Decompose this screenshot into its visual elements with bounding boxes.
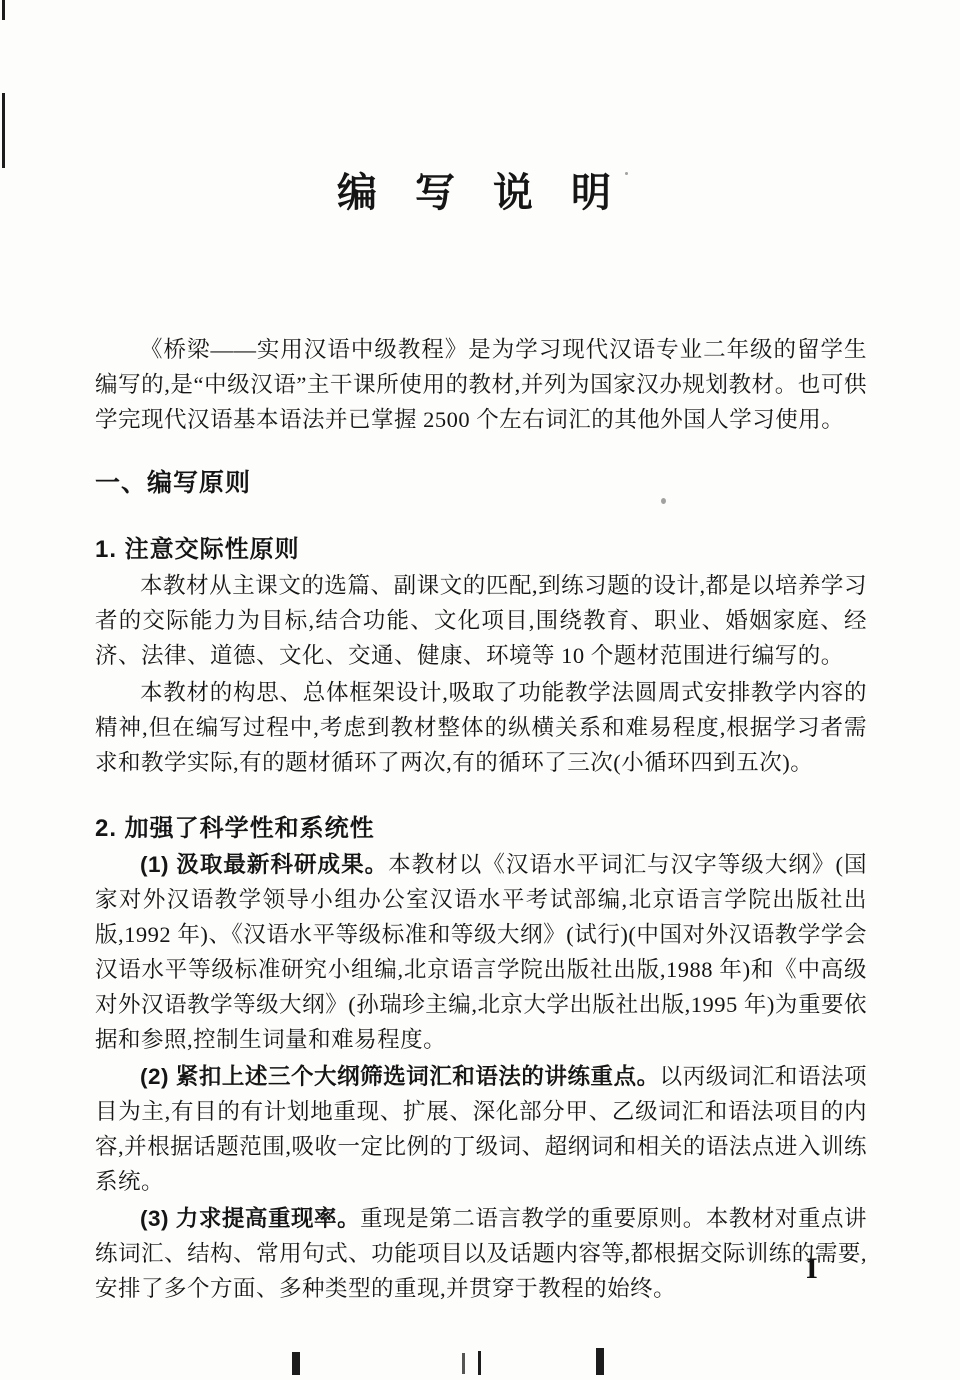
scan-binding-mark bbox=[462, 1353, 465, 1374]
numbered-item-3: (3) 力求提高重现率。重现是第二语言教学的重要原则。本教材对重点讲练词汇、结构… bbox=[95, 1201, 867, 1306]
numbered-item-1: (1) 汲取最新科研成果。本教材以《汉语水平词汇与汉字等级大纲》(国家对外汉语教… bbox=[95, 847, 867, 1057]
subsection-heading-1: 1. 注意交际性原则 bbox=[95, 529, 867, 564]
item-lead: (3) 力求提高重现率。 bbox=[140, 1206, 360, 1231]
document-title: 编 写 说 明 bbox=[95, 0, 867, 218]
subsection-heading-2: 2. 加强了科学性和系统性 bbox=[95, 808, 867, 843]
item-lead: (2) 紧扣上述三个大纲筛选词汇和语法的讲练重点。 bbox=[140, 1064, 660, 1089]
section-heading-1: 一、编写原则 bbox=[95, 463, 867, 499]
scanned-document-page: 编 写 说 明 《桥梁——实用汉语中级教程》是为学习现代汉语专业二年级的留学生编… bbox=[0, 0, 960, 1380]
numbered-item-2: (2) 紧扣上述三个大纲筛选词汇和语法的讲练重点。以丙级词汇和语法项目为主,有目… bbox=[95, 1059, 867, 1199]
scan-binding-mark bbox=[596, 1348, 604, 1375]
scan-binding-mark bbox=[478, 1351, 481, 1375]
scan-binding-mark bbox=[292, 1352, 300, 1375]
document-content: 编 写 说 明 《桥梁——实用汉语中级教程》是为学习现代汉语专业二年级的留学生编… bbox=[95, 0, 867, 1306]
intro-paragraph: 《桥梁——实用汉语中级教程》是为学习现代汉语专业二年级的留学生编写的,是“中级汉… bbox=[95, 332, 867, 437]
item-text: 本教材以《汉语水平词汇与汉字等级大纲》(国家对外汉语教学领导小组办公室汉语水平考… bbox=[95, 852, 867, 1052]
item-lead: (1) 汲取最新科研成果。 bbox=[140, 852, 388, 877]
scan-edge-mark bbox=[2, 0, 5, 20]
scan-edge-mark bbox=[2, 93, 5, 168]
paragraph: 本教材从主课文的选篇、副课文的匹配,到练习题的设计,都是以培养学习者的交际能力为… bbox=[95, 568, 867, 673]
paragraph: 本教材的构思、总体框架设计,吸取了功能教学法圆周式安排教学内容的精神,但在编写过… bbox=[95, 675, 867, 780]
page-number: I bbox=[806, 1252, 818, 1286]
